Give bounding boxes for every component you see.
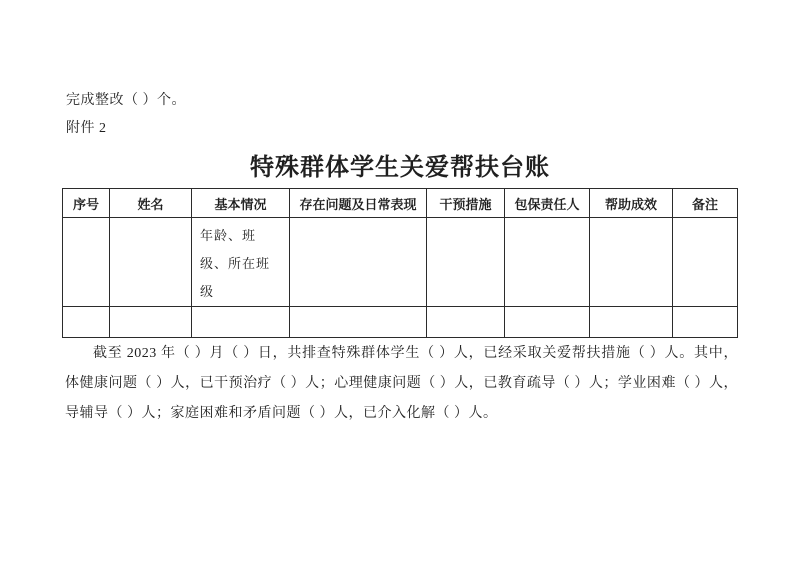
cell-responsible-person [505, 307, 590, 338]
header-cell-intervention: 干预措施 [427, 189, 505, 218]
header-cell-name: 姓名 [110, 189, 192, 218]
cell-responsible-person [505, 218, 590, 307]
cell-basic-info [192, 307, 290, 338]
header-cell-problems: 存在问题及日常表现 [290, 189, 427, 218]
header-cell-remarks: 备注 [673, 189, 738, 218]
cell-name [110, 307, 192, 338]
summary-paragraph: 截至 2023 年（ ）月（ ）日，共排查特殊群体学生（ ）人，已经采取关爱帮扶… [65, 339, 738, 429]
cell-intervention [427, 218, 505, 307]
table-row [63, 307, 738, 338]
cell-basic-info: 年龄、班级、所在班级 [192, 218, 290, 307]
cell-help-effect [590, 307, 673, 338]
cell-index [63, 307, 110, 338]
cell-remarks [673, 218, 738, 307]
cell-index [63, 218, 110, 307]
document-page: 完成整改（ ）个。 附件 2 特殊群体学生关爱帮扶台账 序号 姓名 基本情况 存… [0, 0, 800, 565]
cell-problems [290, 307, 427, 338]
header-cell-responsible-person: 包保责任人 [505, 189, 590, 218]
summary-line: 截至 2023 年（ ）月（ ）日，共排查特殊群体学生（ ）人，已经采取关爱帮扶… [65, 339, 738, 369]
cell-name [110, 218, 192, 307]
summary-line: 体健康问题（ ）人，已干预治疗（ ）人；心理健康问题（ ）人，已教育疏导（ ）人… [65, 369, 738, 399]
attachment-label: 附件 2 [66, 117, 107, 137]
header-cell-help-effect: 帮助成效 [590, 189, 673, 218]
cell-help-effect [590, 218, 673, 307]
cell-problems [290, 218, 427, 307]
cell-remarks [673, 307, 738, 338]
summary-line: 导辅导（ ）人；家庭困难和矛盾问题（ ）人，已介入化解（ ）人。 [65, 399, 738, 429]
header-cell-basic-info: 基本情况 [192, 189, 290, 218]
completion-note: 完成整改（ ）个。 [66, 89, 186, 109]
table-header-row: 序号 姓名 基本情况 存在问题及日常表现 干预措施 包保责任人 帮助成效 备注 [63, 189, 738, 218]
table-row: 年龄、班级、所在班级 [63, 218, 738, 307]
cell-intervention [427, 307, 505, 338]
ledger-table: 序号 姓名 基本情况 存在问题及日常表现 干预措施 包保责任人 帮助成效 备注 … [62, 188, 738, 338]
document-title: 特殊群体学生关爱帮扶台账 [0, 147, 800, 182]
header-cell-index: 序号 [63, 189, 110, 218]
